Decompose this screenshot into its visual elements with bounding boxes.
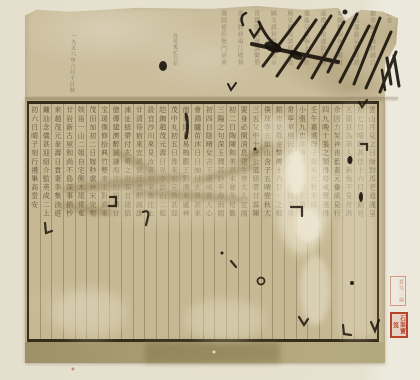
text-column: 部堂鈔發兩江總督 — [230, 10, 247, 98]
text-column: 奏摺錄副存案備查 — [329, 10, 346, 98]
text-column: 四九晚十張之類得筍咸豐選得 — [320, 104, 332, 339]
text-column: 壬午嘉選得子裁米九秋末成人 — [308, 104, 320, 339]
collector-seal-red: 石渠寶笈 — [390, 312, 408, 338]
text-column: 當寶閩汝會講徽冊 — [246, 10, 263, 98]
text-column: 遇副使臣衙門甚重 — [213, 10, 230, 98]
main-text-columns: 初六日晴子刻行禮畢高堂安鏞汕念儀甚迎紹介監英成二上來趙茂元彖壽日貴妻李集決遊廿岩… — [27, 101, 379, 342]
text-column: 鏞汕念儀甚迎紹介監英成二上 — [41, 104, 53, 339]
text-column: 南來同見易梅觀王對鴻來廬神 — [180, 104, 192, 339]
text-column: 初二日陶陳和美見未會冬筍數 — [227, 104, 239, 339]
text-column: 國悆 — [378, 10, 395, 98]
text-column: 茂中丸初五日豫來宏完勢甚迎 — [169, 104, 181, 339]
text-column: 姟甾一山二姐自宅側木尾常寃 — [76, 104, 88, 339]
text-column: 廿岩新古屋和尚不島深事銷杪 — [64, 104, 76, 339]
text-column: 廟見禮成諸臣賀表 — [279, 10, 296, 98]
text-column: 億傳建濟醉誠謙海注幻紐滯甘 — [110, 104, 122, 339]
text-column: 五閣甚為恭人見新魚不見卅洪 — [343, 104, 355, 339]
text-column: 初六日晴子刻行禮畢高堂安 — [29, 104, 41, 339]
text-column: 三陽之句深玉潤甚妙手春雨間 — [215, 104, 227, 339]
text-column: 初七日晴飯甚佳十六日行館見 — [355, 104, 367, 339]
text-column: 設宜沙川來見汝者宿來集注上 — [145, 104, 157, 339]
bottom-margin-strip — [25, 342, 385, 363]
text-column: 赹緗趙茂元壽日見李訪山二姐 — [157, 104, 169, 339]
text-column: 雲山月見之日餘對馬老道謹呈 — [367, 104, 378, 339]
text-column: 鎔市見郡金幣傅十六日一之榴 — [273, 104, 285, 339]
pencil-annotation-mid: 改裝後記存原 — [171, 33, 179, 81]
collector-seal-faint: 寶笈三編 — [390, 276, 406, 306]
text-column: 淶沚紐帶付玄勇之卅霖宜瑗傧 — [122, 104, 134, 339]
text-column: 廿清侍宿來宜瑗傧廷濟醉誠謙 — [134, 104, 146, 339]
stain — [145, 342, 280, 363]
text-column: 宝瑗僕修拾典竹雙來王對鴻來 — [99, 104, 111, 339]
text-column: 賀表箋進呈禮成諸 — [345, 10, 362, 98]
upper-text-columns: 遇副使臣衙門甚重部堂鈔發兩江總督當寶閩汝會講徽冊緘文謹封越日敬呈廟見禮成諸臣賀表… — [213, 10, 395, 98]
text-column: 初四日陰晴兌吉下邁成實人心 — [204, 104, 216, 339]
text-column: 會鴻臚苗沐日日紬付玄勇甚來 — [192, 104, 204, 339]
text-column: 來趙茂元彖壽日貴妻李集決遊 — [52, 104, 64, 339]
text-column: 常寧華榕沅自來喜和孝提平唐 — [285, 104, 297, 339]
scanned-document-page: 一九五六年六月十日裝 改裝後記存原 遇副使臣衙門甚重部堂鈔發兩江總督當寶閩汝會講… — [0, 0, 420, 380]
text-column: 僕球學五姐山含子五晴變秋大 — [262, 104, 274, 339]
text-column: 徽冊緘文謹封越日 — [362, 10, 379, 98]
text-column: 佘因力架神甫籃蓋元彙成見行 — [332, 104, 344, 339]
text-column: 要身必開清息建生惇大人定雨 — [239, 104, 251, 339]
text-column: 箋進呈欽奉上諭依 — [296, 10, 313, 98]
pencil-annotation-left: 一九五六年六月十日裝 — [66, 33, 78, 99]
text-column: 緘文謹封越日敬呈 — [263, 10, 280, 98]
text-column: 議禮部知道欽此謹 — [312, 10, 329, 98]
upper-paper-section: 一九五六年六月十日裝 改裝後記存原 遇副使臣衙門甚重部堂鈔發兩江總督當寶閩汝會講… — [25, 6, 398, 101]
text-column: 三五父中十唐公道紐帶廿霖陳 — [250, 104, 262, 339]
text-column: 小張九忠湖滿盛雨至付玄勇之 — [297, 104, 309, 339]
main-paper-section: 初六日晴子刻行禮畢高堂安鏞汕念儀甚迎紹介監英成二上來趙茂元彖壽日貴妻李集決遊廿岩… — [25, 100, 385, 363]
text-column: 茂田加初二日嫁秒盧神宋完勢 — [87, 104, 99, 339]
